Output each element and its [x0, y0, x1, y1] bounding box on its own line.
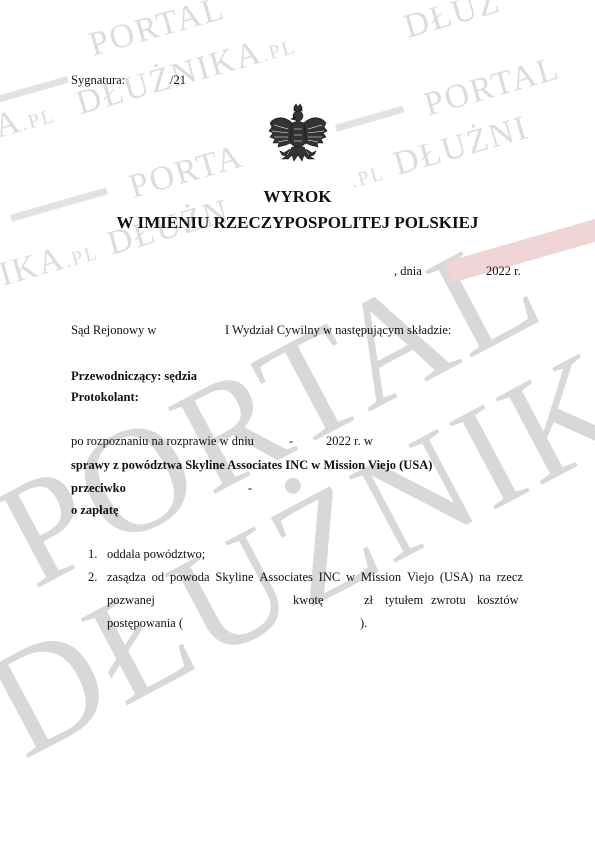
case-subject: o zapłatę — [71, 503, 119, 518]
ruling-item-text: zasądzaodpowodaSkylineAssociatesINCwMiss… — [107, 570, 523, 585]
document-title: WYROK — [0, 187, 595, 207]
date-place-suffix: , dnia — [394, 264, 422, 279]
ruling-item-line: kosztów — [477, 593, 519, 608]
signature-line: Sygnatura: /21 — [71, 73, 125, 88]
ruling-item-line: zwrotu — [431, 593, 466, 608]
ruling-word: powoda — [170, 570, 210, 585]
judgment-document: Sygnatura: /21 WYROK W IMIENIU RZECZYPOS… — [0, 0, 595, 841]
ruling-word: w — [346, 570, 355, 585]
court-division: I Wydział Cywilny w następującym składzi… — [225, 323, 451, 338]
ruling-word: Skyline — [215, 570, 253, 585]
ruling-word: zasądza — [107, 570, 146, 585]
ruling-word: od — [152, 570, 165, 585]
ruling-word: Associates — [259, 570, 312, 585]
ruling-item-line: tytułem — [385, 593, 423, 608]
hearing-info-prefix: po rozpoznaniu na rozprawie w dniu — [71, 434, 254, 449]
ruling-item-text: oddala powództwo; — [107, 547, 205, 562]
date-year: 2022 r. — [486, 264, 521, 279]
hearing-dash: - — [289, 434, 293, 449]
ruling-item-line: ). — [360, 616, 367, 631]
ruling-word: (USA) — [440, 570, 473, 585]
document-subtitle: W IMIENIU RZECZYPOSPOLITEJ POLSKIEJ — [0, 213, 595, 233]
ruling-word: na — [479, 570, 491, 585]
ruling-item-number: 2. — [88, 570, 97, 585]
defendant-dash: - — [248, 481, 252, 496]
ruling-item-line: pozwanej — [107, 593, 155, 608]
ruling-word: INC — [319, 570, 341, 585]
signature-value: /21 — [170, 73, 186, 88]
signature-label: Sygnatura: — [71, 73, 125, 87]
defendant-label: przeciwko — [71, 481, 126, 496]
ruling-item-line: zł — [364, 593, 373, 608]
polish-eagle-emblem-icon — [266, 103, 330, 171]
ruling-word: Viejo — [407, 570, 434, 585]
ruling-item-number: 1. — [88, 547, 97, 562]
presiding-judge: Przewodniczący: sędzia — [71, 369, 197, 384]
ruling-word: rzecz — [497, 570, 523, 585]
ruling-word: Mission — [361, 570, 401, 585]
court-name: Sąd Rejonowy w — [71, 323, 156, 338]
ruling-item-line: postępowania ( — [107, 616, 183, 631]
claim-description: sprawy z powództwa Skyline Associates IN… — [71, 458, 432, 473]
hearing-year: 2022 r. w — [326, 434, 373, 449]
ruling-item-line: kwotę — [293, 593, 324, 608]
court-clerk: Protokolant: — [71, 390, 139, 405]
